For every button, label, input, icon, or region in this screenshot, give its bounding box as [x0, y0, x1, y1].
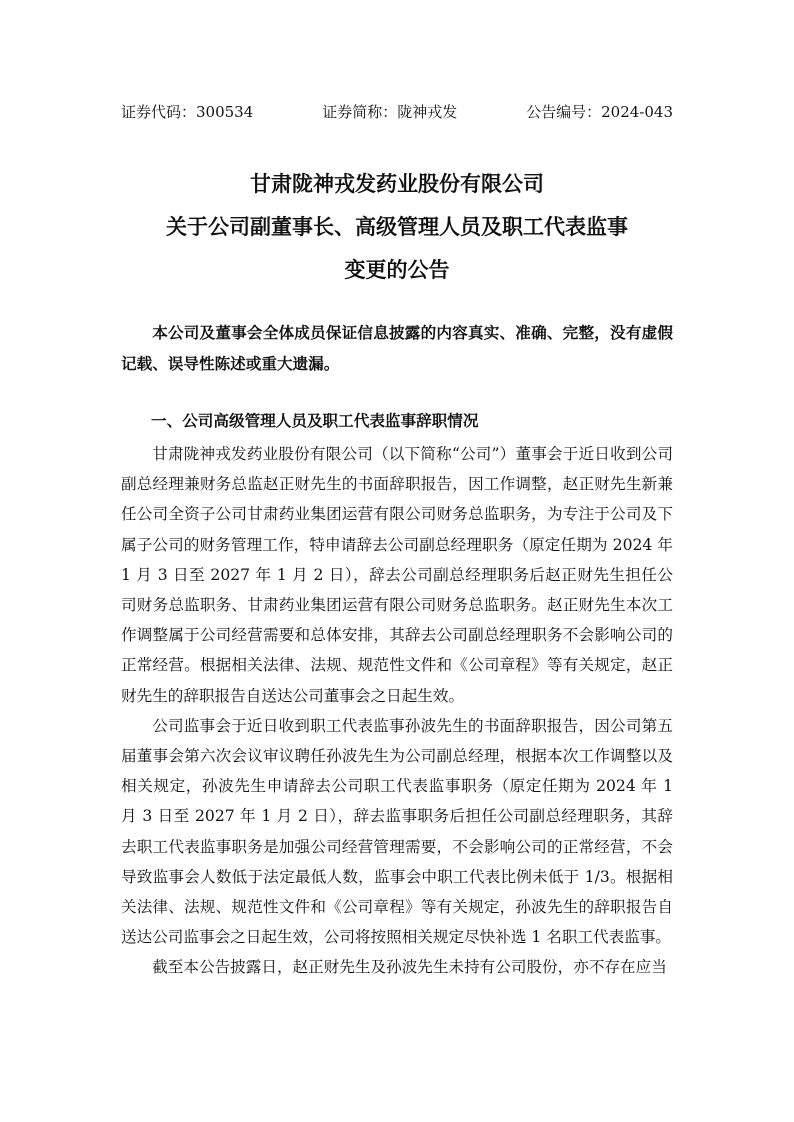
- paragraph-zhao-resignation: 甘肃陇神戎发药业股份有限公司（以下简称“公司”）董事会于近日收到公司副总经理兼财…: [121, 439, 673, 711]
- stock-abbreviation: 证券简称：陇神戎发: [322, 100, 457, 124]
- board-statement: 本公司及董事会全体成员保证信息披露的内容真实、准确、完整，没有虚假记载、误导性陈…: [121, 318, 673, 380]
- document-page: 证券代码：300534 证券简称：陇神戎发 公告编号：2024-043 甘肃陇神…: [0, 0, 794, 1122]
- announcement-header: 证券代码：300534 证券简称：陇神戎发 公告编号：2024-043: [121, 100, 673, 124]
- section-heading: 一、公司高级管理人员及职工代表监事辞职情况: [151, 409, 478, 433]
- section-body: 甘肃陇神戎发药业股份有限公司（以下简称“公司”）董事会于近日收到公司副总经理兼财…: [121, 439, 673, 983]
- title-suffix: 变更的公告: [0, 249, 794, 292]
- title-subject: 关于公司副董事长、高级管理人员及职工代表监事: [0, 206, 794, 249]
- announcement-number: 公告编号：2024-043: [526, 100, 673, 124]
- paragraph-sun-resignation: 公司监事会于近日收到职工代表监事孙波先生的书面辞职报告，因公司第五届董事会第六次…: [121, 711, 673, 953]
- title-company: 甘肃陇神戎发药业股份有限公司: [0, 163, 794, 206]
- paragraph-shareholding: 截至本公告披露日，赵正财先生及孙波先生未持有公司股份，亦不存在应当: [121, 952, 673, 982]
- stock-code: 证券代码：300534: [121, 100, 253, 124]
- document-title: 甘肃陇神戎发药业股份有限公司 关于公司副董事长、高级管理人员及职工代表监事 变更…: [0, 163, 794, 292]
- statement-text: 本公司及董事会全体成员保证信息披露的内容真实、准确、完整，没有虚假记载、误导性陈…: [121, 318, 673, 380]
